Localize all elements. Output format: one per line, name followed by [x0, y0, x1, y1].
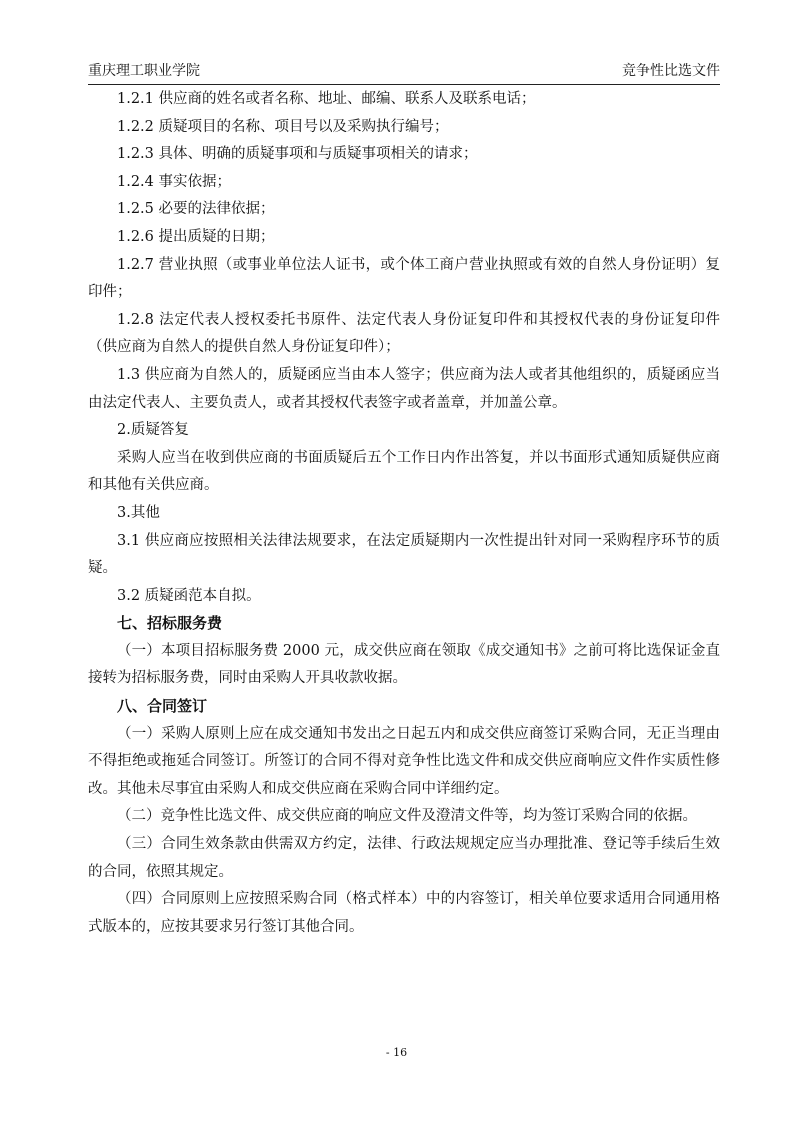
paragraph: 1.2.3 具体、明确的质疑事项和与质疑事项相关的请求； [88, 141, 720, 169]
paragraph: （四）合同原则上应按照采购合同（格式样本）中的内容签订，相关单位要求适用合同通用… [88, 886, 720, 941]
page-header: 重庆理工职业学院 竞争性比选文件 [88, 58, 720, 85]
paragraph: 2.质疑答复 [88, 417, 720, 445]
header-doc-title: 竞争性比选文件 [622, 60, 720, 80]
document-body: 1.2.1 供应商的姓名或者名称、地址、邮编、联系人及联系电话； 1.2.2 质… [88, 86, 720, 941]
paragraph: 3.1 供应商应按照相关法律法规要求，在法定质疑期内一次性提出针对同一采购程序环… [88, 528, 720, 583]
paragraph: 1.3 供应商为自然人的，质疑函应当由本人签字；供应商为法人或者其他组织的，质疑… [88, 362, 720, 417]
paragraph: 采购人应当在收到供应商的书面质疑后五个工作日内作出答复，并以书面形式通知质疑供应… [88, 445, 720, 500]
paragraph: 1.2.7 营业执照（或事业单位法人证书，或个体工商户营业执照或有效的自然人身份… [88, 252, 720, 307]
paragraph: （三）合同生效条款由供需双方约定，法律、行政法规规定应当办理批准、登记等手续后生… [88, 831, 720, 886]
paragraph: 1.2.4 事实依据； [88, 169, 720, 197]
paragraph: 1.2.1 供应商的姓名或者名称、地址、邮编、联系人及联系电话； [88, 86, 720, 114]
paragraph: 1.2.8 法定代表人授权委托书原件、法定代表人身份证复印件和其授权代表的身份证… [88, 307, 720, 362]
section-heading: 八、合同签订 [88, 693, 720, 721]
paragraph: （一）本项目招标服务费 2000 元，成交供应商在领取《成交通知书》之前可将比选… [88, 638, 720, 693]
section-heading: 七、招标服务费 [88, 610, 720, 638]
page-number: - 16 [0, 1046, 793, 1059]
paragraph: 1.2.5 必要的法律依据； [88, 196, 720, 224]
header-institution: 重庆理工职业学院 [88, 60, 200, 80]
paragraph: 3.其他 [88, 500, 720, 528]
paragraph: （二）竞争性比选文件、成交供应商的响应文件及澄清文件等，均为签订采购合同的依据。 [88, 803, 720, 831]
paragraph: 3.2 质疑函范本自拟。 [88, 583, 720, 611]
paragraph: （一）采购人原则上应在成交通知书发出之日起五内和成交供应商签订采购合同，无正当理… [88, 721, 720, 804]
paragraph: 1.2.6 提出质疑的日期； [88, 224, 720, 252]
paragraph: 1.2.2 质疑项目的名称、项目号以及采购执行编号； [88, 114, 720, 142]
